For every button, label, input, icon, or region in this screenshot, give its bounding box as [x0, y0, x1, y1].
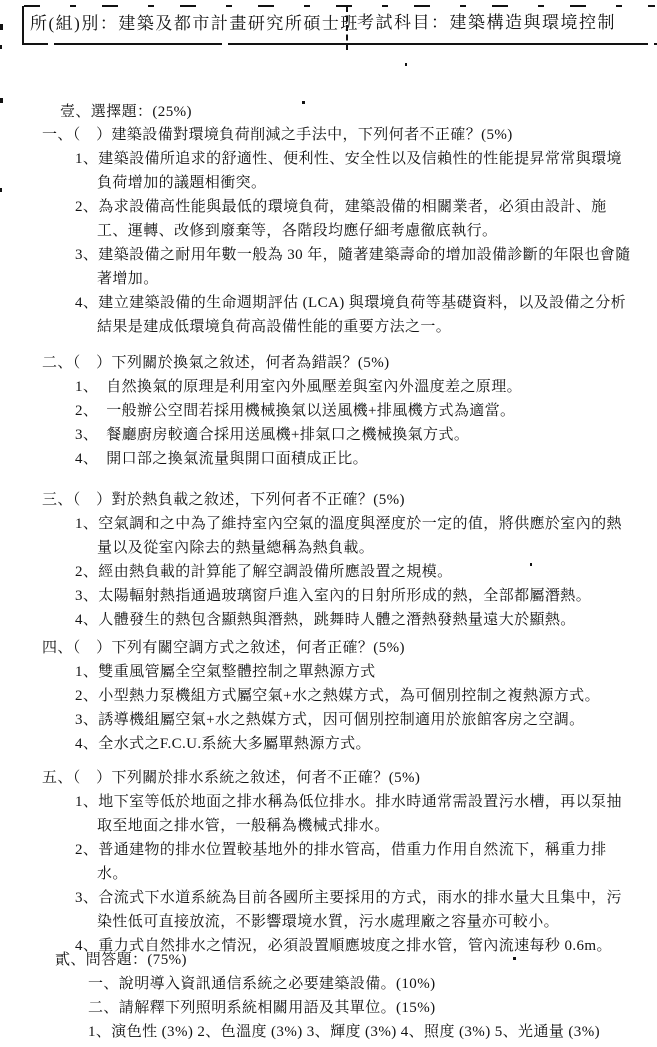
question-5: 五、（ ）下列關於排水系統之敘述，何者不正確？(5%) 1、地下室等低於地面之排…	[42, 766, 642, 958]
option-line: 3、太陽輻射熱指通過玻璃窗戶進入室內的日射所形成的熱，全部都屬潛熱。	[75, 584, 635, 608]
question-1: 一、（ ）建築設備對環境負荷削減之手法中，下列何者不正確？(5%) 1、建築設備…	[42, 123, 642, 339]
question-stem: 三、（ ）對於熱負載之敘述，下列何者不正確？(5%)	[42, 488, 642, 512]
option-line: 1、空氣調和之中為了維持室內空氣的溫度與溼度於一定的值，將供應於室內的熱量以及從…	[75, 512, 635, 560]
option-line: 2、普通建物的排水位置較基地外的排水管高，借重力作用自然流下，稱重力排水。	[75, 838, 635, 886]
question-3: 三、（ ）對於熱負載之敘述，下列何者不正確？(5%) 1、空氣調和之中為了維持室…	[42, 488, 642, 632]
option-line: 2、 一般辦公空間若採用機械換氣以送風機+排風機方式為適當。	[75, 399, 635, 423]
option-line: 4、人體發生的熱包含顯熱與潛熱，跳舞時人體之潛熱發熱量遠大於顯熱。	[75, 608, 635, 632]
exam-paper-page: 所(組)別：建築及都市計畫研究所碩士班 考試科目：建築構造與環境控制 壹、選擇題…	[0, 0, 657, 1047]
department-label: 所(組)別：	[30, 14, 118, 33]
subject-field: 考試科目：建築構造與環境控制	[357, 11, 616, 35]
scan-artifact	[0, 45, 2, 49]
option-line: 4、 開口部之換氣流量與開口面積成正比。	[75, 447, 635, 471]
scan-artifact	[0, 24, 3, 30]
subject-label: 考試科目：	[357, 13, 450, 32]
question-4: 四、（ ）下列有關空調方式之敘述，何者正確？(5%) 1、雙重風管屬全空氣整體控…	[42, 636, 642, 756]
department-field: 所(組)別：建築及都市計畫研究所碩士班	[30, 12, 359, 36]
option-line: 1、 自然換氣的原理是利用室內外風壓差與室內外溫度差之原理。	[75, 375, 635, 399]
option-line: 2、小型熱力泵機組方式屬空氣+水之熱媒方式，為可個別控制之複熱源方式。	[75, 684, 635, 708]
choice-section-title: 壹、選擇題：(25%)	[60, 100, 192, 124]
essay-section: 貳、問答題：(75%) 一、說明導入資訊通信系統之必要建築設備。(10%) 二、…	[55, 948, 655, 1044]
question-stem: 五、（ ）下列關於排水系統之敘述，何者不正確？(5%)	[42, 766, 642, 790]
scan-artifact	[513, 957, 516, 960]
option-line: 1、建築設備所追求的舒適性、便利性、安全性以及信賴性的性能提昇常常與環境負荷增加…	[75, 147, 635, 195]
question-options: 1、 自然換氣的原理是利用室內外風壓差與室內外溫度差之原理。 2、 一般辦公空間…	[75, 375, 635, 471]
scan-artifact	[530, 563, 532, 566]
scan-artifact	[302, 101, 305, 104]
question-options: 1、雙重風管屬全空氣整體控制之單熱源方式 2、小型熱力泵機組方式屬空氣+水之熱媒…	[75, 660, 635, 756]
option-line: 4、全水式之F.C.U.系統大多屬單熱源方式。	[75, 732, 635, 756]
option-line: 3、誘導機組屬空氣+水之熱媒方式，因可個別控制適用於旅館客房之空調。	[75, 708, 635, 732]
question-options: 1、空氣調和之中為了維持室內空氣的溫度與溼度於一定的值，將供應於室內的熱量以及從…	[75, 512, 635, 632]
option-line: 4、建立建築設備的生命週期評估 (LCA) 與環境負荷等基礎資料，以及設備之分析…	[75, 291, 635, 339]
question-2: 二、（ ）下列關於換氣之敘述，何者為錯誤？(5%) 1、 自然換氣的原理是利用室…	[42, 351, 642, 471]
question-stem: 二、（ ）下列關於換氣之敘述，何者為錯誤？(5%)	[42, 351, 642, 375]
department-value: 建築及都市計畫研究所碩士班	[118, 14, 359, 33]
scan-artifact	[0, 98, 3, 103]
essay-item: 一、說明導入資訊通信系統之必要建築設備。(10%)	[88, 972, 655, 996]
essay-item: 二、請解釋下列照明系統相關用語及其單位。(15%)	[88, 996, 655, 1020]
header-box-top-border	[24, 5, 655, 7]
essay-item: 1、演色性 (3%) 2、色溫度 (3%) 3、輝度 (3%) 4、照度 (3%…	[88, 1020, 655, 1044]
option-line: 1、地下室等低於地面之排水稱為低位排水。排水時通常需設置污水槽，再以泵抽取至地面…	[75, 790, 635, 838]
header-box-left-border	[22, 6, 24, 44]
question-options: 1、建築設備所追求的舒適性、便利性、安全性以及信賴性的性能提昇常常與環境負荷增加…	[75, 147, 635, 339]
subject-value: 建築構造與環境控制	[450, 13, 617, 32]
scan-artifact	[405, 63, 407, 66]
question-stem: 四、（ ）下列有關空調方式之敘述，何者正確？(5%)	[42, 636, 642, 660]
question-stem: 一、（ ）建築設備對環境負荷削減之手法中，下列何者不正確？(5%)	[42, 123, 642, 147]
option-line: 2、經由熱負載的計算能了解空調設備所應設置之規模。	[75, 560, 635, 584]
option-line: 3、 餐廳廚房較適合採用送風機+排氣口之機械換氣方式。	[75, 423, 635, 447]
header-box-bottom-border	[22, 43, 657, 45]
option-line: 3、合流式下水道系統為目前各國所主要採用的方式，雨水的排水量大且集中，污染性低可…	[75, 886, 635, 934]
essay-section-title: 貳、問答題：(75%)	[55, 948, 655, 972]
option-line: 3、建築設備之耐用年數一般為 30 年，隨著建築壽命的增加設備診斷的年限也會隨著…	[75, 243, 635, 291]
question-options: 1、地下室等低於地面之排水稱為低位排水。排水時通常需設置污水槽，再以泵抽取至地面…	[75, 790, 635, 958]
scan-artifact	[0, 188, 2, 192]
option-line: 1、雙重風管屬全空氣整體控制之單熱源方式	[75, 660, 635, 684]
option-line: 2、為求設備高性能與最低的環境負荷，建築設備的相關業者，必須由設計、施工、運轉、…	[75, 195, 635, 243]
